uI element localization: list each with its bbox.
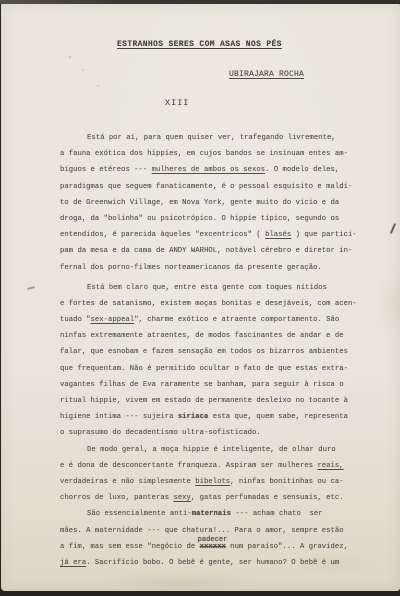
text-line: já era. Sacrifício bobo. O bebê é gente,…	[60, 555, 370, 571]
scan-top-edge	[0, 0, 400, 4]
text-segment: De modo geral, a moça hippie é inteligen…	[87, 446, 336, 454]
text-line: tuado "sex-appeal", charme exótico e atr…	[60, 312, 370, 328]
text-line: o suprasumo do decadentismo ultra-sofist…	[60, 425, 370, 441]
pen-mark-icon	[390, 223, 396, 234]
text-segment: --- acham chato ser	[231, 510, 323, 518]
typewritten-text: Está por aí, para quem quiser ver, trafe…	[60, 130, 370, 571]
text-segment: xxxxxxpadecer	[200, 543, 226, 551]
text-segment: , gatas perfumadas e sensuais, etc.	[191, 494, 344, 502]
text-segment: tuado "	[60, 316, 91, 324]
text-line: São essencialmente anti-maternais --- ac…	[60, 506, 370, 522]
text-segment: reais,	[317, 462, 343, 470]
text-segment: sexy	[173, 494, 190, 502]
text-segment: e fortes de satanismo, existem moças bon…	[60, 300, 357, 308]
text-line: bíguos e etéreos --- mulheres de ambos o…	[60, 162, 370, 178]
text-segment: falar, que esnobam e fazem sensação em t…	[60, 348, 348, 356]
paragraph: Está bem claro que, entre esta gente com…	[60, 280, 370, 442]
page-title: ESTRANHOS SERES COM ASAS NOS PÉS	[117, 40, 282, 49]
text-segment: pam da mesa e da cama de ANDY WARHOL, no…	[60, 247, 352, 255]
text-segment: entendidos, é parecida àqueles "excentri…	[60, 231, 265, 239]
text-segment: verdadeiras e não simplesmente	[60, 478, 195, 486]
text-segment: . Sacrifício bobo. O bebê é gente, ser h…	[86, 559, 339, 567]
text-segment: chorros de luxo, panteras	[60, 494, 173, 502]
interline-correction: padecer	[198, 532, 228, 548]
text-segment: ritual hippie, vivem em estado de perman…	[60, 397, 348, 405]
paragraph: De modo geral, a moça hippie é inteligen…	[60, 442, 370, 507]
text-segment: higiene íntima --- sujeira	[60, 413, 178, 421]
text-segment: siriaca	[178, 413, 209, 421]
text-line: e é dona de desconcertante franqueza. As…	[60, 458, 370, 474]
text-segment: sex-appeal	[91, 316, 135, 324]
section-number: XIII	[165, 98, 189, 108]
paragraph: Está por aí, para quem quiser ver, trafe…	[60, 130, 370, 276]
text-line: chorros de luxo, panteras sexy, gatas pe…	[60, 490, 370, 506]
text-segment: bibelots	[195, 478, 230, 486]
text-line: to de Greenwich Village, em Nova York, g…	[60, 195, 370, 211]
text-line: pam da mesa e da cama de ANDY WARHOL, no…	[60, 243, 370, 259]
text-segment: ) que partici-	[291, 231, 356, 239]
pen-mark-icon	[27, 286, 35, 290]
text-segment: já era	[60, 559, 86, 567]
text-line: a fauna exótica dos hippies, em cujos ba…	[60, 146, 370, 162]
text-segment: to de Greenwich Village, em Nova York, g…	[60, 199, 339, 207]
text-segment: paradigmas que seguem fanaticamente, é o…	[60, 183, 352, 191]
text-line: higiene íntima --- sujeira siriaca esta …	[60, 409, 370, 425]
text-segment: blasés	[265, 231, 291, 239]
text-segment: . O modelo deles,	[265, 166, 339, 174]
text-line: ritual hippie, vivem em estado de perman…	[60, 393, 370, 409]
text-line: que frequentam. Não é permitido ocultar …	[60, 361, 370, 377]
text-line: e fortes de satanismo, existem moças bon…	[60, 296, 370, 312]
text-segment: esta que, quem sabe, representa	[208, 413, 348, 421]
author-name: UBIRAJARA ROCHA	[229, 70, 304, 79]
text-line: ninfas extremamente atraentes, de modos …	[60, 328, 370, 344]
text-segment: mulheres de ambos os sexos	[152, 166, 265, 174]
text-segment: fernal dos porno-filmes norteamericanos …	[60, 264, 322, 272]
text-segment: ", charme exótico e atraente comportamen…	[134, 316, 339, 324]
text-segment: Está bem claro que, entre esta gente com…	[87, 284, 327, 292]
text-segment: a fim, mas sem esse "negócio de	[60, 543, 200, 551]
text-segment: São essencialmente anti-	[87, 510, 192, 518]
text-line: falar, que esnobam e fazem sensação em t…	[60, 344, 370, 360]
text-segment: vagantes filhas de Eva raramente se banh…	[60, 381, 344, 389]
text-segment: Está por aí, para quem quiser ver, trafe…	[87, 134, 336, 142]
text-segment: num paraíso"... A gravidez,	[226, 543, 348, 551]
text-segment: a fauna exótica dos hippies, em cujos ba…	[60, 150, 348, 158]
text-line: fernal dos porno-filmes norteamericanos …	[60, 260, 370, 276]
text-line: entendidos, é parecida àqueles "excentri…	[60, 227, 370, 243]
text-segment: , ninfas bonitinhas ou ca-	[230, 478, 343, 486]
text-line: Está por aí, para quem quiser ver, trafe…	[60, 130, 370, 146]
manuscript-page: ESTRANHOS SERES COM ASAS NOS PÉS UBIRAJA…	[1, 4, 400, 591]
text-line: Está bem claro que, entre esta gente com…	[60, 280, 370, 296]
text-line: a fim, mas sem esse "negócio de xxxxxxpa…	[60, 539, 370, 555]
text-line: vagantes filhas de Eva raramente se banh…	[60, 377, 370, 393]
text-segment: ninfas extremamente atraentes, de modos …	[60, 332, 344, 340]
text-segment: droga, da "bolinha" ou psicotrópico. O h…	[60, 215, 339, 223]
text-segment: maternais	[192, 510, 231, 518]
text-segment: o suprasumo do decadentismo ultra-sofist…	[60, 429, 261, 437]
text-line: droga, da "bolinha" ou psicotrópico. O h…	[60, 211, 370, 227]
paragraph: São essencialmente anti-maternais --- ac…	[60, 506, 370, 571]
scan-background: { "header": { "title": "ESTRANHOS SERES …	[0, 0, 400, 596]
text-line: verdadeiras e não simplesmente bibelots,…	[60, 474, 370, 490]
text-segment: e é dona de desconcertante franqueza. As…	[60, 462, 317, 470]
text-segment: bíguos e etéreos ---	[60, 166, 152, 174]
text-line: De modo geral, a moça hippie é inteligen…	[60, 442, 370, 458]
text-line: paradigmas que seguem fanaticamente, é o…	[60, 179, 370, 195]
text-segment: que frequentam. Não é permitido ocultar …	[60, 365, 348, 373]
